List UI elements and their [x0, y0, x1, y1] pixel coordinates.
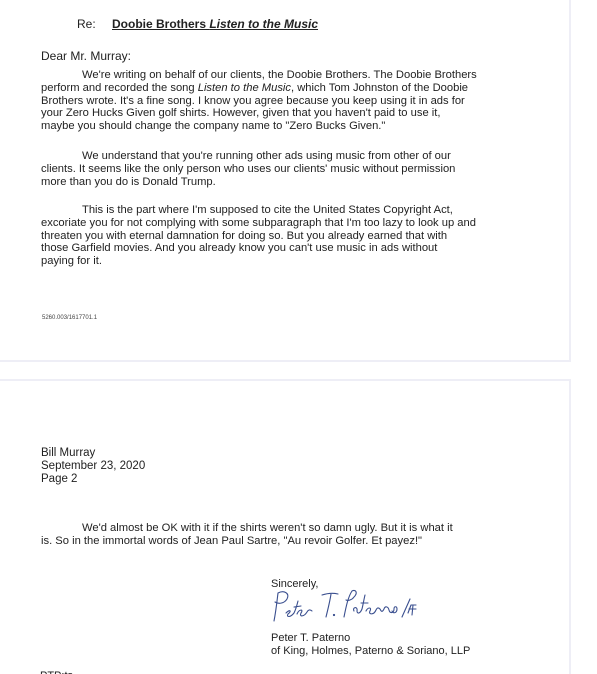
paragraph-4: We'd almost be OK with it if the shirts …	[41, 522, 453, 548]
paragraph-line: We'd almost be OK with it if the shirts …	[41, 522, 453, 535]
paragraph-line: your Zero Hucks Given golf shirts. Howev…	[41, 107, 477, 120]
document-id: 5260.003/1617701.1	[42, 315, 97, 321]
typist-initials: PTP:ts	[40, 670, 73, 674]
paragraph-line: maybe you should change the company name…	[41, 120, 477, 133]
paragraph-line: perform and recorded the song Listen to …	[41, 82, 477, 95]
signature-icon	[268, 587, 418, 627]
paragraph-line: those Garfield movies. And you already k…	[41, 242, 476, 255]
paragraph-line: excoriate you for not complying with som…	[41, 217, 476, 230]
paragraph-line: is. So in the immortal words of Jean Pau…	[41, 535, 453, 548]
paragraph-3: This is the part where I'm supposed to c…	[41, 204, 476, 268]
signer-firm: of King, Holmes, Paterno & Soriano, LLP	[271, 645, 470, 658]
re-subject: Doobie Brothers Listen to the Music	[112, 17, 318, 31]
re-label: Re:	[77, 17, 96, 31]
paragraph-line: threaten you with eternal damnation for …	[41, 230, 476, 243]
paragraph-line: clients. It seems like the only person w…	[41, 163, 455, 176]
letter-page-1: Re: Doobie Brothers Listen to the Music …	[0, 0, 571, 362]
page-number: Page 2	[41, 473, 145, 486]
paragraph-line: paying for it.	[41, 255, 476, 268]
paragraph-line: Brothers wrote. It's a fine song. I know…	[41, 95, 477, 108]
paragraph-2: We understand that you're running other …	[41, 150, 455, 188]
paragraph-line: This is the part where I'm supposed to c…	[41, 204, 476, 217]
recipient-name: Bill Murray	[41, 447, 145, 460]
letter-date: September 23, 2020	[41, 460, 145, 473]
paragraph-line: more than you do is Donald Trump.	[41, 176, 455, 189]
paragraph-1: We're writing on behalf of our clients, …	[41, 69, 477, 133]
signer-block: Peter T. Paterno of King, Holmes, Patern…	[271, 632, 470, 658]
letter-page-2: Bill Murray September 23, 2020 Page 2 We…	[0, 379, 571, 674]
song-title: Listen to the Music	[209, 17, 318, 31]
handwritten-signature	[268, 587, 418, 632]
song-title: Listen to the Music	[198, 82, 291, 94]
salutation: Dear Mr. Murray:	[41, 49, 131, 63]
paragraph-line: We're writing on behalf of our clients, …	[41, 69, 477, 82]
paragraph-line: We understand that you're running other …	[41, 150, 455, 163]
signer-name: Peter T. Paterno	[271, 632, 470, 645]
page-header: Bill Murray September 23, 2020 Page 2	[41, 447, 145, 485]
